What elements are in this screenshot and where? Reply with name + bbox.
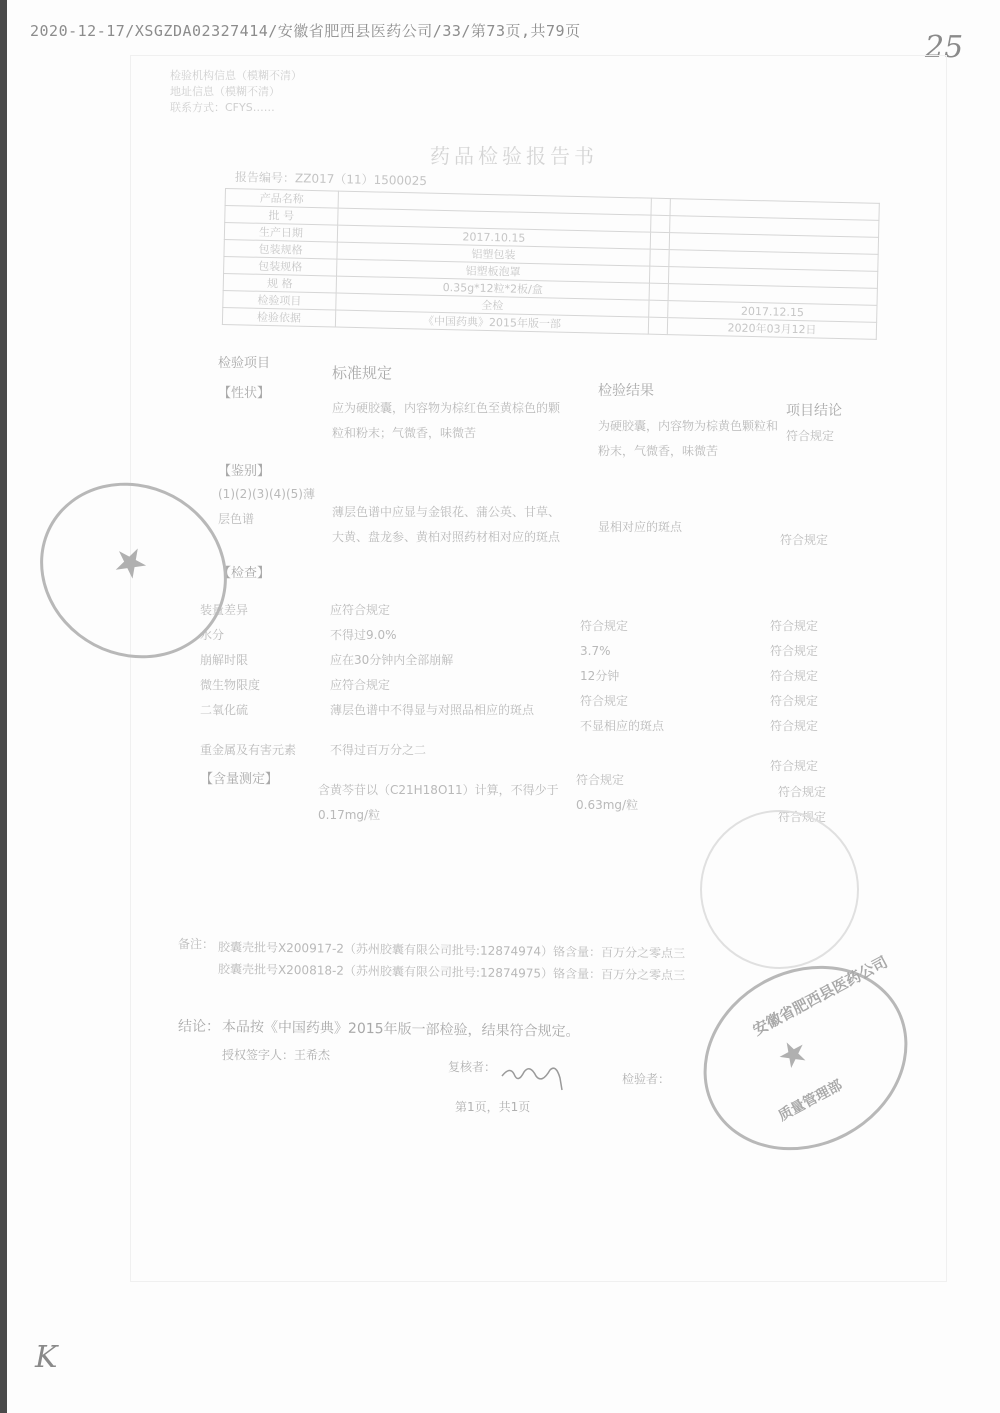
inspection-item-name: 微生物限度 xyxy=(200,673,260,698)
conclusion-label: 结论： xyxy=(178,1016,220,1036)
scan-header: 2020-12-17/XSGZDA02327414/安徽省肥西县医药公司/33/… xyxy=(30,20,581,41)
faint-round-stamp-icon xyxy=(700,810,859,969)
appearance-conclusion: 符合规定 xyxy=(786,424,834,449)
reviewer: 复核者： xyxy=(448,1058,496,1075)
issuer-line: 地址信息（模糊不清） xyxy=(170,84,302,100)
authorized-signer: 授权签字人：王希杰 xyxy=(222,1046,330,1063)
inspection-item-name: 崩解时限 xyxy=(200,648,248,673)
inspection-standard: 应在30分钟内全部崩解 xyxy=(330,648,453,673)
inspection-conclusion: 符合规定 xyxy=(770,689,818,714)
info-table: 产品名称批 号生产日期2017.10.15包装规格铝塑包装包装规格铝塑板泡罩规 … xyxy=(222,188,880,340)
inspection-conclusion: 符合规定 xyxy=(770,639,818,664)
page-info: 第1页，共1页 xyxy=(455,1098,530,1115)
col-conclusion: 项目结论 xyxy=(786,400,842,420)
col-standard: 标准规定 xyxy=(332,362,392,383)
assay-conclusion-1: 符合规定 xyxy=(778,780,826,805)
inspection-result: 符合规定 xyxy=(580,614,628,639)
inspection-item-name: 重金属及有害元素 xyxy=(200,738,296,763)
identification-result: 显相对应的斑点 xyxy=(598,515,682,540)
inspection-conclusion: 符合规定 xyxy=(770,614,818,639)
info-table-cell xyxy=(650,249,670,266)
identification-sub: (1)(2)(3)(4)(5)薄层色谱 xyxy=(218,482,323,532)
inspection-result: 12分钟 xyxy=(580,664,619,689)
inspection-result: 3.7% xyxy=(580,639,611,664)
info-table-cell xyxy=(649,300,669,317)
identification-conclusion: 符合规定 xyxy=(780,528,828,553)
appearance-result: 为硬胶囊，内容物为棕黄色颗粒和粉末，气微香，味微苦 xyxy=(598,414,778,464)
section-assay: 【含量测定】 xyxy=(200,768,278,787)
info-table-cell xyxy=(651,198,671,215)
info-table-cell xyxy=(649,266,669,283)
scan-edge xyxy=(0,0,7,1413)
inspection-standard: 不得过百万分之二 xyxy=(330,738,426,763)
col-item: 检验项目 xyxy=(218,352,270,371)
appearance-standard: 应为硬胶囊，内容物为棕红色至黄棕色的颗粒和粉末；气微香，味微苦 xyxy=(332,396,562,446)
assay-standard: 含黄芩苷以（C21H18O11）计算，不得少于0.17mg/粒 xyxy=(318,778,568,828)
inspection-item-name: 二氧化硫 xyxy=(200,698,248,723)
inspection-conclusion: 符合规定 xyxy=(770,714,818,739)
info-table-cell xyxy=(649,283,669,300)
issuer-header: 检验机构信息（模糊不清） 地址信息（模糊不清） 联系方式：CFYS…… xyxy=(170,68,302,116)
assay-result-1: 符合规定 xyxy=(576,768,624,793)
inspection-standard: 应符合规定 xyxy=(330,673,390,698)
reviewer-signature-icon xyxy=(500,1062,570,1092)
info-table-cell: 检验依据 xyxy=(222,307,335,327)
inspection-conclusion: 符合规定 xyxy=(770,754,818,779)
inspection-conclusion: 符合规定 xyxy=(770,664,818,689)
section-appearance: 【性状】 xyxy=(218,382,270,401)
issuer-line: 检验机构信息（模糊不清） xyxy=(170,68,302,84)
report-title: 药品检验报告书 xyxy=(430,140,598,169)
inspection-result: 符合规定 xyxy=(580,689,628,714)
info-table-cell xyxy=(648,317,668,334)
info-table-cell xyxy=(650,232,670,249)
inspector: 检验者： xyxy=(622,1070,670,1087)
inspection-standard: 薄层色谱中不得显与对照品相应的斑点 xyxy=(330,698,534,723)
info-table-cell xyxy=(651,215,671,232)
issuer-line: 联系方式：CFYS…… xyxy=(170,100,302,116)
inspection-standard: 不得过9.0% xyxy=(330,623,397,648)
col-result: 检验结果 xyxy=(598,380,654,400)
assay-result-2: 0.63mg/粒 xyxy=(576,793,638,818)
identification-standard: 薄层色谱中应显与金银花、蒲公英、甘草、大黄、盘龙参、黄柏对照药材相对应的斑点 xyxy=(332,500,562,550)
inspection-standard: 应符合规定 xyxy=(330,598,390,623)
handwritten-footer-mark: K xyxy=(35,1340,57,1375)
inspection-result: 不显相应的斑点 xyxy=(580,714,664,739)
notes-label: 备注： xyxy=(178,932,214,957)
section-identification: 【鉴别】 xyxy=(218,460,270,479)
